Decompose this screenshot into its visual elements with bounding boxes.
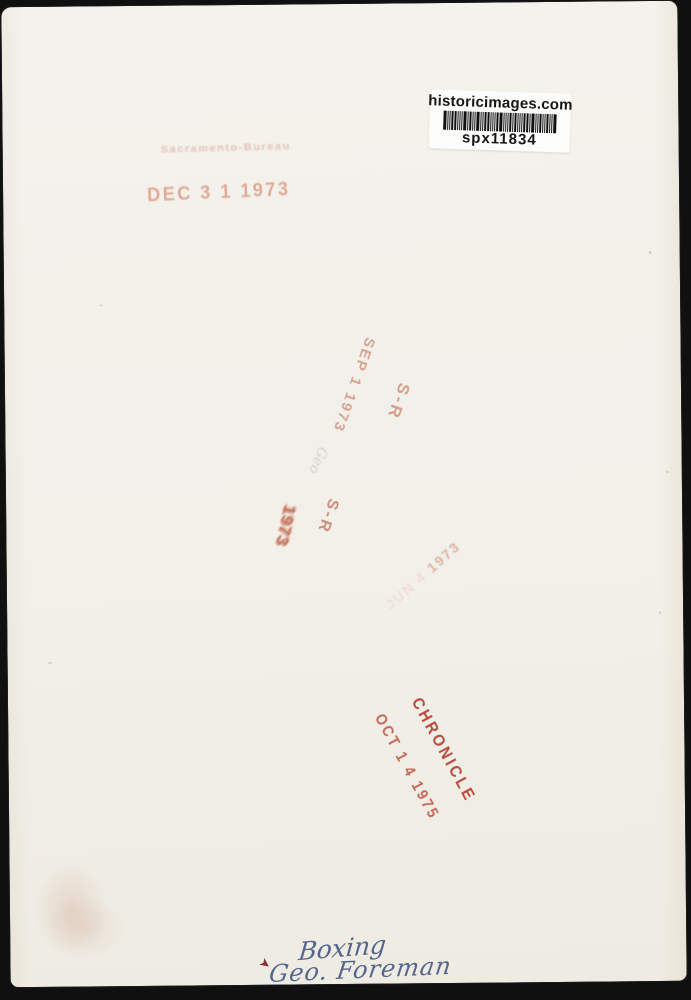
faint-pencil-note: Geo: [305, 444, 330, 476]
received-date-stamp: DEC 3 1 1973: [147, 179, 291, 207]
dust-speck: [666, 471, 669, 473]
dust-speck: [99, 304, 103, 306]
sr-stamp-upper: S-R: [382, 380, 414, 423]
dust-speck: [48, 662, 53, 664]
faint-date-year: 1973: [424, 538, 464, 576]
photo-back-paper: Sacramento-Bureau DEC 3 1 1973 historici…: [1, 1, 686, 987]
faint-jun-1973-stamp: JUN 4 1973: [382, 538, 464, 613]
handwriting-name: Geo. Foreman: [267, 952, 453, 988]
label-inventory-code: spx11834: [462, 130, 537, 148]
faint-bureau-stamp: Sacramento-Bureau: [161, 141, 291, 156]
dust-speck: [649, 251, 652, 254]
sr-stamp-lower: S-R: [313, 496, 342, 536]
faint-date-prefix: JUN 4: [382, 568, 430, 613]
dust-speck: [659, 611, 661, 614]
historicimages-barcode-label: historicimages.com spx11834: [429, 89, 572, 153]
smudged-year-stamp: 1973: [271, 503, 300, 548]
sep-1973-date-stamp: SEP 1 1973: [329, 335, 378, 435]
